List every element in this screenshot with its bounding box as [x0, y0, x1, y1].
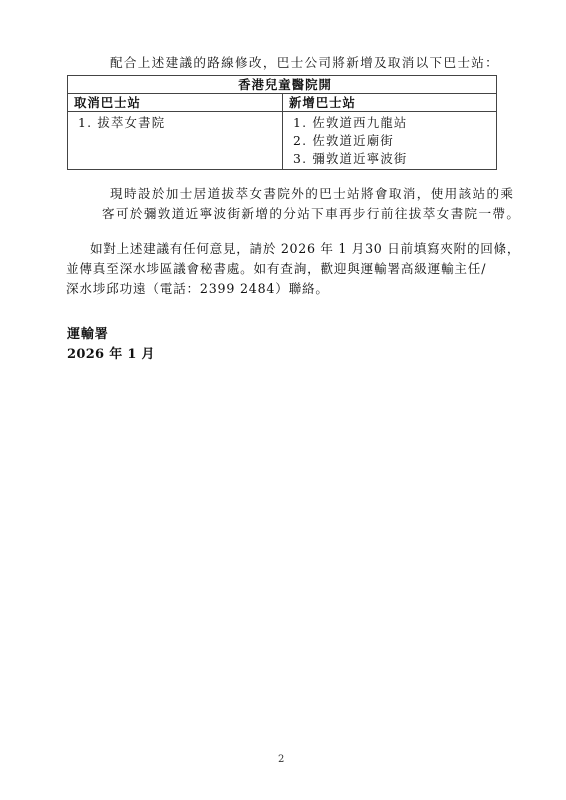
- cancelled-stop-item: 1. 拔萃女書院: [74, 114, 282, 132]
- paragraph-1-line-2: 客可於彌敦道近寧波街新增的分站下車再步行前往拔萃女書院一帶。: [102, 206, 520, 222]
- table-caption: 香港兒童醫院開: [68, 76, 497, 94]
- cancelled-stops-cell: 1. 拔萃女書院: [68, 112, 283, 170]
- paragraph-2-line-1: 如對上述建議有任何意見，請於 2026 年 1 月30 日前填寫夾附的回條，: [90, 241, 520, 257]
- bus-stop-table: 香港兒童醫院開 取消巴士站 新增巴士站 1. 拔萃女書院 1. 佐敦道西九龍站 …: [67, 75, 497, 170]
- intro-text: 配合上述建議的路線修改，巴士公司將新增及取消以下巴士站：: [110, 55, 499, 71]
- added-stop-item: 3. 彌敦道近寧波街: [289, 150, 496, 168]
- added-stops-cell: 1. 佐敦道西九龍站 2. 佐敦道近廟街 3. 彌敦道近寧波街: [283, 112, 497, 170]
- document-page: 配合上述建議的路線修改，巴士公司將新增及取消以下巴士站： 香港兒童醫院開 取消巴…: [0, 0, 566, 800]
- signature-department: 運輸署: [67, 327, 109, 343]
- paragraph-2-line-3: 深水埗邱功遠（電話：2399 2484）聯絡。: [66, 281, 329, 297]
- header-added-stops: 新增巴士站: [283, 94, 497, 112]
- added-stop-item: 1. 佐敦道西九龍站: [289, 114, 496, 132]
- paragraph-1-line-1: 現時設於加士居道拔萃女書院外的巴士站將會取消，使用該站的乘: [110, 186, 514, 202]
- added-stop-item: 2. 佐敦道近廟街: [289, 132, 496, 150]
- signature-date: 2026 年 1 月: [67, 347, 155, 363]
- page-number: 2: [278, 752, 284, 768]
- header-cancelled-stops: 取消巴士站: [68, 94, 283, 112]
- paragraph-2-line-2: 並傳真至深水埗區議會秘書處。如有查詢，歡迎與運輸署高級運輸主任/: [66, 261, 486, 277]
